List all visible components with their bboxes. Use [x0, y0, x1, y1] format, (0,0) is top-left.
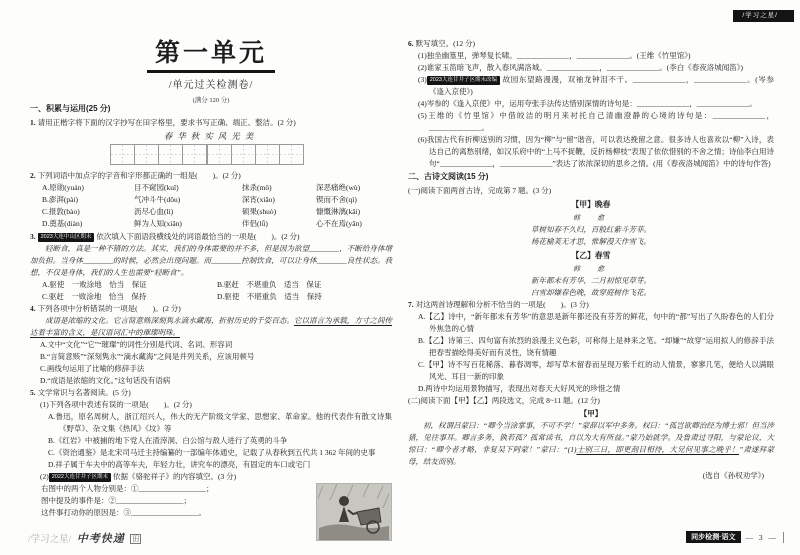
q2-number: 2. [30, 171, 36, 180]
passage-jia-underlined: 士别三日，即更刮目相待，大兄何见事之晚乎！ [576, 445, 738, 454]
unit-title: 第一单元 [147, 33, 275, 73]
q3-option-d: D.驱使 不堪重负 适当 保持 [217, 291, 392, 303]
q3-option-grid: A.驱使 一败涂地 恰当 保证 B.驱赶 不堪重负 适当 保证 C.驱赶 一败涂… [42, 279, 392, 303]
q6-item-1: (1)独坐幽篁里，弹琴复长啸。______________，__________… [418, 50, 774, 62]
q2-option-a2: 目不窥园(kuī) [134, 182, 242, 194]
q2-option-a3: 抹杀(mǒ) [242, 182, 316, 194]
q6-item-2: (2)谁家玉笛暗飞声，散入春风满洛城。______________，______… [418, 62, 774, 74]
footer-subject-badge: 同步检测·语文 [686, 531, 740, 543]
q6-item-3-prefix: (3) [418, 75, 427, 84]
q2-option-b3: 深宵(xiāo) [242, 194, 316, 206]
q5-2-stem: (2)2022大连甘井子区期末依据《骆驼祥子》的内容填空。(3 分) [40, 471, 392, 483]
q2-option-b2: 气冲斗牛(dǒu) [134, 194, 242, 206]
q3-number: 3. [30, 232, 36, 241]
q5-1-stem: (1)下列各项中表述有误的一项是( )。(2 分) [40, 399, 392, 411]
unit-title-block: 第一单元 /单元过关检测卷/ (满分 120 分) [30, 33, 392, 104]
q2-option-c3: 硕果(shuò) [242, 206, 316, 218]
q6-stem: 6.默写填空。(12 分) [408, 38, 774, 50]
poem-b-line-2: 白雪却嫌春色晚，故穿庭树作飞花。 [408, 287, 774, 299]
q6-item-6: (6)我国古代有折柳送别的习惯，因为“柳”与“留”谐音，可以表达挽留之意。很多诗… [418, 134, 774, 170]
q3-source-tag: 2023大连中山区期末 [38, 233, 95, 242]
q4-option-b: B.“言简意赅”“深刻隽永”“滴水藏海”之间是并列关系，应该用顿号 [40, 351, 392, 363]
q5-2-prefix: (2) [40, 472, 49, 481]
q5-stem-text: 文学常识与名著阅读。(5 分) [38, 388, 131, 397]
footer-page-number: — 3 — [746, 533, 779, 542]
tian-cell [255, 144, 280, 165]
q5-2-source-tag: 2022大连甘井子区期末 [49, 473, 111, 482]
passage-jia-label: 【甲】 [408, 408, 774, 420]
q4-passage-plain: 成语是浓缩的文化。它言简意赅深刻隽永滴水藏海，折射历史的千姿百态。 [45, 316, 294, 325]
poem-a-line-1: 草树知春不久归，百般红紫斗芳菲。 [408, 224, 774, 236]
poem-a-title: 【甲】晚春 [408, 199, 774, 211]
q2-option-c4: 慷慨淋漓(kǎi) [316, 206, 392, 218]
q3-stem: 3.2023大连中山区期末依次填入下面语段横线处的词语最恰当的一项是( )。(2… [30, 231, 392, 243]
passage-jia-source: (选自《孙权劝学》) [408, 470, 774, 482]
q7-option-c: C.【甲】诗不写百花稀落、暮春凋零，却写草木留春而呈现万紫千红的动人情景，寥寥几… [418, 359, 774, 383]
q7-option-a: A.【乙】诗中，“新年都未有芳华”的意思是新年都还没有芬芳的鲜花，句中的“都”写… [418, 311, 774, 335]
footer-brand: /学习之星/ 中考快递 田 [28, 530, 141, 546]
q4-option-c: C.画线句运用了比喻的修辞手法 [40, 363, 392, 375]
tian-cell [231, 144, 256, 165]
poem-a-author: 韩 愈 [408, 212, 774, 224]
q7-option-d: D.两诗中均运用景物描写，表现出对春天大好风光的珍惜之情 [418, 383, 774, 395]
q6-item-5: (5)王维的《竹里馆》中借皎洁的明月来衬托自己清幽澄静的心境的诗句是：_____… [418, 110, 774, 134]
q2-option-a1: A.原勋(yuán) [42, 182, 134, 194]
q2-option-d3: 伴侣(lǚ) [242, 218, 316, 230]
q4-passage: 成语是浓缩的文化。它言简意赅深刻隽永滴水藏海，折射历史的千姿百态。它以语言为承载… [30, 315, 392, 339]
passage-jia-text: 初，权谓吕蒙曰：“卿今当涂掌事，不可不学！”蒙辞以军中多务。权曰：“孤岂欲卿治经… [408, 420, 774, 468]
q1-stem: 1.请用正楷字将下面的汉字抄写在田字格里，要求书写正确、端正、整洁。(2 分) [30, 117, 392, 129]
poem-b-title: 【乙】春雪 [408, 250, 774, 262]
q3-option-a: A.驱使 一败涂地 恰当 保证 [42, 279, 217, 291]
q1-sample-characters: 春华秋实风光美 [30, 130, 392, 142]
tian-cell [279, 144, 304, 165]
corner-brand-tab: /学习之星/ [733, 10, 794, 22]
q4-option-d: D.“成语是浓缩的文化。”这句话没有语病 [40, 375, 392, 387]
q6-item-4: (4)岑参的《逢入京使》中，运用夸张手法传达惜别深情的诗句是：_________… [418, 98, 774, 110]
q5-2-blank-3: 这件事打动你的原因是：③__________________。 [41, 507, 310, 519]
q6-item-3: (3)2023大连甘井子区期末改编故园东望路漫漫，双袖龙钟泪不干。_______… [418, 74, 774, 98]
q5-number: 5. [30, 388, 36, 397]
q2-option-c2: 沥尽心血(lì) [134, 206, 242, 218]
section-1-heading: 一、积累与运用(25 分) [30, 103, 392, 115]
footer-page-info: 同步检测·语文 — 3 — [686, 531, 784, 543]
tian-cell [207, 144, 232, 165]
tian-grid [111, 144, 312, 165]
q7-stem: 7.对这两首诗理解和分析不恰当的一项是( )。(3 分) [408, 299, 774, 311]
unit-subtitle: /单元过关检测卷/ [30, 76, 392, 91]
footer-brand-name: 中考快递 [77, 533, 125, 545]
left-column: 一、积累与运用(25 分) 1.请用正楷字将下面的汉字抄写在田字格里，要求书写正… [30, 102, 392, 539]
q5-stem: 5.文学常识与名著阅读。(5 分) [30, 387, 392, 399]
q1-number: 1. [30, 118, 36, 127]
q4-number: 4. [30, 304, 36, 313]
section-2-heading: 二、古诗文阅读(15 分) [408, 171, 774, 183]
q7-stem-text: 对这两首诗理解和分析不恰当的一项是( )。(3 分) [416, 300, 589, 309]
part1-intro: (一)阅读下面两首古诗，完成第 7 题。(3 分) [408, 185, 774, 197]
q3-option-b: B.驱赶 不堪重负 适当 保证 [217, 279, 392, 291]
tian-cell [182, 144, 207, 165]
q5-2-stem-text: 依据《骆驼祥子》的内容填空。(3 分) [113, 472, 236, 481]
q5-2-blank-2: 图中提及的事件是：②__________________； [41, 495, 310, 507]
q1-stem-text: 请用正楷字将下面的汉字抄写在田字格里，要求书写正确、端正、整洁。(2 分) [38, 118, 296, 127]
q2-option-d2: 鲜为人知(xiǎn) [134, 218, 242, 230]
q5-1-option-a: A.鲁迅，原名周树人，浙江绍兴人，伟大的无产阶级文学家、思想家、革命家。他的代表… [48, 411, 392, 435]
exam-page: /学习之星/ 第一单元 /单元过关检测卷/ (满分 120 分) 一、积累与运用… [0, 0, 800, 555]
q4-option-a: A.文中“文化”“它”“璀璨”的词性分别是代词、名词、形容词 [40, 339, 392, 351]
q2-option-d1: D.奠基(diàn) [42, 218, 134, 230]
q3-stem-text: 依次填入下面语段横线处的词语最恰当的一项是( )。(2 分) [96, 232, 299, 241]
tian-cell [110, 144, 135, 165]
q5-1-option-d: D.祥子属于车夫中的高等车夫，年轻力壮，讲究车的漂亮，有固定的车口或宅门 [48, 459, 392, 471]
q4-stem: 4.下列各项中分析错误的一项是( )。(2 分) [30, 303, 392, 315]
tian-cell [134, 144, 159, 165]
q2-option-c1: C.报敦(bào) [42, 206, 134, 218]
q6-3-source-tag: 2023大连甘井子区期末改编 [427, 76, 500, 85]
footer-brand-logo-icon: 田 [130, 534, 141, 544]
q6-stem-text: 默写填空。(12 分) [416, 39, 475, 48]
q5-2-blank-1: 右图中的两个人物分别是：①__________________； [41, 483, 310, 495]
q2-stem-text: 下列词语中加点字的字音和字形都正确的一组是( )。(2 分) [38, 171, 241, 180]
q2-stem: 2.下列词语中加点字的字音和字形都正确的一组是( )。(2 分) [30, 170, 392, 182]
footer-end-rule [783, 532, 784, 543]
novel-illustration [316, 483, 392, 541]
q5-1-option-c: C.《资治通鉴》是北宋司马迁主持编纂的一部编年体通史，记载了从春秋到五代共 1 … [48, 447, 392, 459]
footer-brand-slash: /学习之星/ [28, 535, 71, 545]
q3-option-c: C.驱赶 一败涂地 恰当 保持 [42, 291, 217, 303]
q2-option-table: A.原勋(yuán)目不窥园(kuī)抹杀(mǒ)深恶痛绝(wù) B.澎湃(p… [42, 182, 392, 230]
q6-number: 6. [408, 39, 414, 48]
q5-1-option-b: B.《红岩》中被捕的地下党人在渣滓洞、白公馆与敌人进行了英勇的斗争 [48, 435, 392, 447]
tian-cell [158, 144, 183, 165]
q2-option-b1: B.澎湃(pài) [42, 194, 134, 206]
poem-a-line-2: 杨花榆荚无才思，惟解漫天作雪飞。 [408, 236, 774, 248]
right-column: 6.默写填空。(12 分) (1)独坐幽篁里，弹琴复长啸。___________… [408, 38, 774, 482]
poem-b-author: 韩 愈 [408, 263, 774, 275]
q7-option-b: B.【乙】诗第三、四句富有浓烈的浪漫主义色彩，可称得上是神来之笔。“却嫌”“故穿… [418, 335, 774, 359]
q5-2-blank-lines: 右图中的两个人物分别是：①__________________； 图中提及的事件… [30, 483, 310, 519]
q2-option-d4: 心不在焉(yān) [316, 218, 392, 230]
poem-b-line-1: 新年都未有芳华，二月初惊见草芽。 [408, 275, 774, 287]
q4-stem-text: 下列各项中分析错误的一项是( )。(2 分) [38, 304, 181, 313]
q2-option-b4: 锲而不舍(qì) [316, 194, 392, 206]
q2-option-a4: 深恶痛绝(wù) [316, 182, 392, 194]
q3-passage: 轻断食，真是一种不错的方法。其实，我们的身体需要的并不多，但是因为欲望_____… [30, 243, 392, 279]
part2-intro: (二)阅读下面【甲】【乙】两段选文，完成 8~11 题。(12 分) [408, 395, 774, 407]
q7-number: 7. [408, 300, 414, 309]
